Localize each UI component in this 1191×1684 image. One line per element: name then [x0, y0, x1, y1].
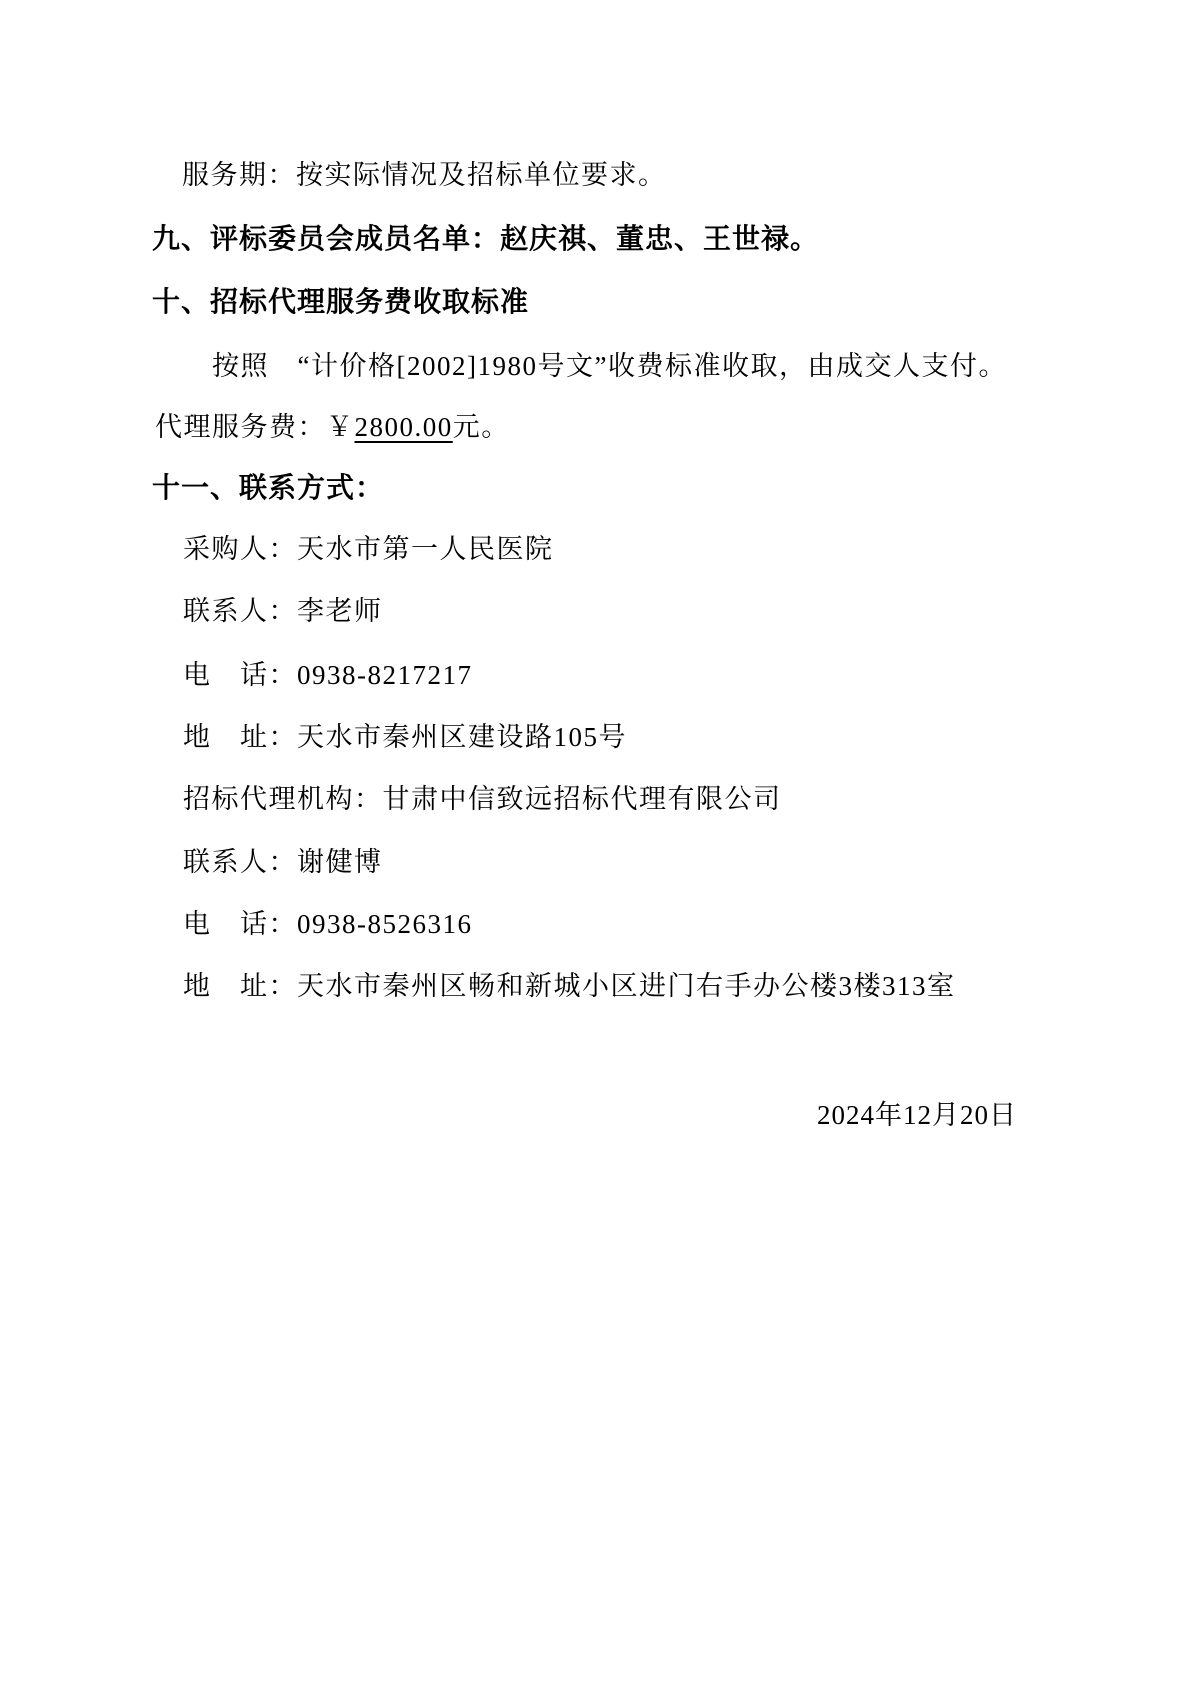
document-page: 服务期：按实际情况及招标单位要求。 九、评标委员会成员名单：赵庆祺、董忠、王世禄… [0, 0, 1191, 1684]
purchaser-address-line: 地 址：天水市秦州区建设路105号 [183, 716, 627, 758]
section-10-heading: 十、招标代理服务费收取标准 [152, 281, 529, 323]
document-date: 2024年12月20日 [817, 1094, 1017, 1136]
section-9-heading: 九、评标委员会成员名单：赵庆祺、董忠、王世禄。 [152, 218, 819, 260]
section-11-heading: 十一、联系方式： [152, 467, 384, 509]
agency-address-line: 地 址：天水市秦州区畅和新城小区进门右手办公楼3楼313室 [183, 965, 956, 1007]
agency-name-line: 招标代理机构：甘肃中信致远招标代理有限公司 [183, 778, 782, 820]
fee-basis-paragraph: 按照 “计价格[2002]1980号文”收费标准收取，由成交人支付。 [212, 345, 1007, 387]
purchaser-line: 采购人：天水市第一人民医院 [183, 528, 554, 570]
purchaser-contact-line: 联系人：李老师 [183, 590, 383, 632]
purchaser-phone-line: 电 话：0938-8217217 [183, 654, 473, 696]
agency-fee-unit: 元。 [453, 412, 510, 442]
agency-contact-line: 联系人：谢健博 [183, 841, 383, 883]
agency-phone-line: 电 话：0938-8526316 [183, 903, 473, 945]
agency-fee-line: 代理服务费：￥2800.00元。 [155, 406, 510, 448]
agency-fee-amount: 2800.00 [355, 412, 453, 442]
agency-fee-label: 代理服务费：￥ [155, 412, 355, 442]
service-period-line: 服务期：按实际情况及招标单位要求。 [182, 154, 667, 196]
